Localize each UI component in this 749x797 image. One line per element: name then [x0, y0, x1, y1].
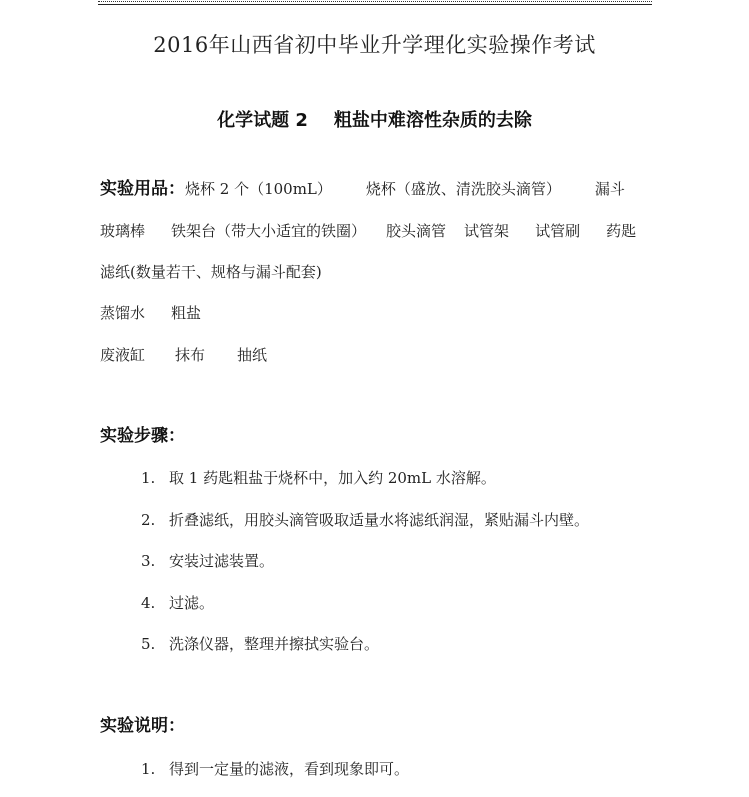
materials-row-5: 废液缸抹布抽纸: [100, 344, 267, 366]
material-item: 烧杯（盛放、清洗胶头滴管）: [366, 178, 561, 200]
materials-heading: 实验用品：: [100, 179, 185, 199]
materials-row-2: 玻璃棒铁架台（带大小适宜的铁圈）胶头滴管试管架试管刷药匙: [100, 220, 636, 242]
material-item: 玻璃棒: [100, 220, 145, 242]
step-item: 5.洗涤仪器，整理并擦拭实验台。: [141, 633, 379, 655]
step-item: 2.折叠滤纸，用胶头滴管吸取适量水将滤纸润湿，紧贴漏斗内壁。: [141, 509, 589, 531]
note-text: 得到一定量的滤液，看到现象即可。: [169, 760, 409, 778]
step-item: 1.取 1 药匙粗盐于烧杯中，加入约 20mL 水溶解。: [141, 467, 496, 489]
step-number: 1.: [141, 467, 169, 489]
material-item: 试管架: [464, 220, 509, 242]
step-number: 4.: [141, 592, 169, 614]
material-item: 试管刷: [535, 220, 580, 242]
step-text: 洗涤仪器，整理并擦拭实验台。: [169, 635, 379, 653]
exam-subtitle: 化学试题 2粗盐中难溶性杂质的去除: [0, 107, 749, 135]
step-text: 过滤。: [169, 594, 214, 612]
steps-heading: 实验步骤：: [100, 426, 185, 446]
step-item: 4.过滤。: [141, 592, 214, 614]
note-item: 1.得到一定量的滤液，看到现象即可。: [141, 758, 409, 780]
material-item: 滤纸(数量若干、规格与漏斗配套): [100, 261, 322, 283]
material-item: 粗盐: [171, 302, 201, 324]
step-text: 安装过滤装置。: [169, 552, 274, 570]
steps-heading-line: 实验步骤：: [100, 425, 185, 447]
step-number: 5.: [141, 633, 169, 655]
material-item: 铁架台（带大小适宜的铁圈）: [171, 220, 366, 242]
materials-row-1: 实验用品：烧杯 2 个（100mL）烧杯（盛放、清洗胶头滴管）漏斗: [100, 178, 625, 200]
notes-heading: 实验说明：: [100, 716, 185, 736]
step-text: 折叠滤纸，用胶头滴管吸取适量水将滤纸润湿，紧贴漏斗内壁。: [169, 511, 589, 529]
step-number: 3.: [141, 550, 169, 572]
header-dotted-rule: [98, 1, 652, 2]
exam-topic: 粗盐中难溶性杂质的去除: [334, 110, 532, 131]
step-number: 2.: [141, 509, 169, 531]
material-item: 药匙: [606, 220, 636, 242]
step-item: 3.安装过滤装置。: [141, 550, 274, 572]
material-item: 胶头滴管: [386, 220, 446, 242]
material-item: 抽纸: [237, 344, 267, 366]
material-item: 烧杯 2 个（100mL）: [185, 178, 332, 200]
material-item: 抹布: [175, 344, 205, 366]
note-number: 1.: [141, 758, 169, 780]
notes-heading-line: 实验说明：: [100, 715, 185, 737]
header-solid-rule: [98, 4, 652, 5]
material-item: 蒸馏水: [100, 302, 145, 324]
material-item: 废液缸: [100, 344, 145, 366]
document-title: 2016年山西省初中毕业升学理化实验操作考试: [0, 30, 749, 60]
exam-question-label: 化学试题 2: [217, 110, 308, 131]
material-item: 漏斗: [595, 178, 625, 200]
materials-row-4: 蒸馏水粗盐: [100, 302, 201, 324]
materials-row-3: 滤纸(数量若干、规格与漏斗配套): [100, 261, 322, 283]
step-text: 取 1 药匙粗盐于烧杯中，加入约 20mL 水溶解。: [169, 469, 496, 487]
